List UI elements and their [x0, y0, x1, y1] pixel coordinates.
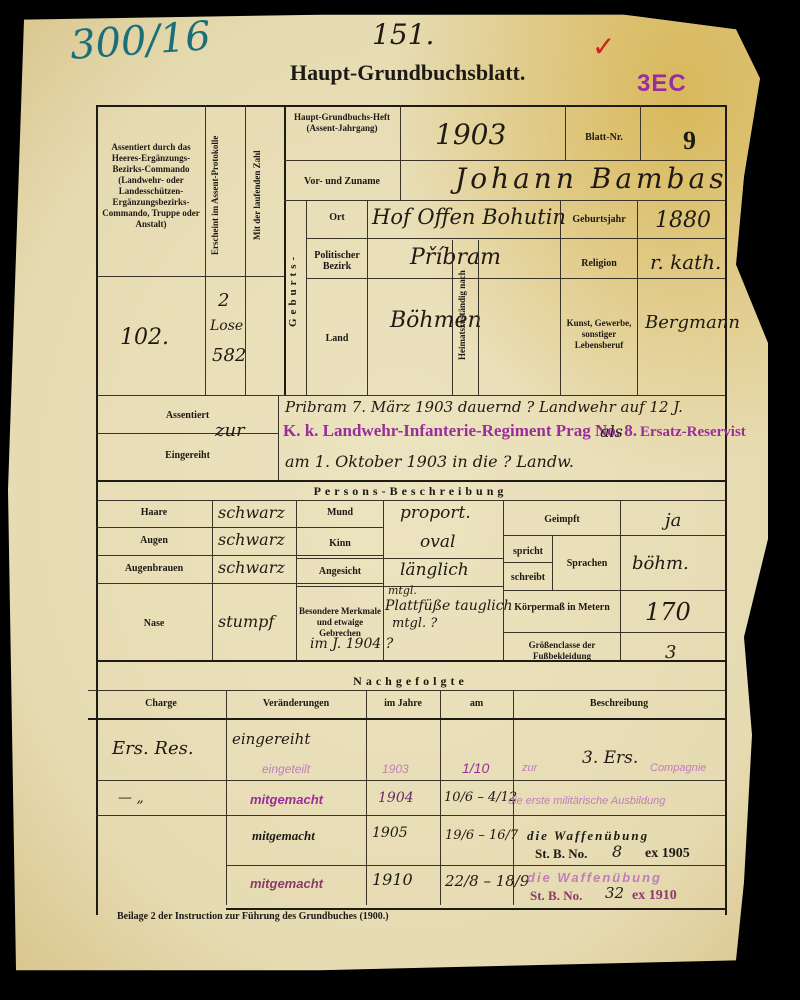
religion-label: Religion	[562, 258, 636, 269]
augenbrauen-label: Augenbrauen	[98, 563, 210, 574]
religion-value: r. kath.	[650, 250, 721, 274]
augen-label: Augen	[98, 535, 210, 546]
merkmale-value-4: im J. 1904 ?	[310, 636, 393, 652]
protokoll-value-2: Lose	[210, 318, 243, 334]
row3-desc2-prefix: St. B. No.	[535, 846, 587, 862]
haare-value: schwarz	[218, 503, 285, 522]
row1-change-hand: eingereiht	[232, 730, 310, 748]
header-description: Beschreibung	[513, 698, 725, 709]
geburtsjahr-label: Geburtsjahr	[562, 214, 636, 225]
row4-desc2-year: ex 1910	[632, 888, 677, 904]
row1-charge: Ers. Res.	[112, 738, 194, 759]
row3-year: 1905	[372, 825, 408, 841]
row4-desc: die Waffenübung	[527, 870, 662, 885]
enlist-stamp2: Ersatz-Reservist	[640, 424, 746, 441]
heft-label: Haupt-Grundbuchs-Heft (Assent-Jahrgang)	[288, 112, 396, 134]
enlist-stamp: K. k. Landwehr-Infanterie-Regiment Prag …	[283, 421, 637, 441]
merkmale-value-2: Plattfüße tauglich	[385, 598, 513, 614]
row3-desc2-num: 8	[612, 842, 622, 861]
sprachen-value: böhm.	[632, 553, 689, 574]
row3-desc2-year: ex 1905	[645, 846, 690, 862]
nase-value: stumpf	[218, 612, 274, 631]
row4-year: 1910	[372, 870, 413, 889]
nase-label: Nase	[98, 618, 210, 629]
kinn-label: Kinn	[298, 538, 382, 549]
check-mark-icon: ✓	[592, 30, 615, 63]
koerpermass-value: 170	[645, 598, 691, 626]
heft-value: 1903	[435, 118, 506, 151]
angesicht-value: länglich	[400, 560, 469, 580]
augenbrauen-value: schwarz	[218, 558, 285, 577]
row1-desc-suffix: Compagnie	[650, 762, 706, 774]
description-title: Persons-Beschreibung	[96, 486, 725, 497]
row2-charge: — „	[118, 790, 144, 806]
augen-value: schwarz	[218, 530, 285, 549]
row1-change: eingeteilt	[262, 762, 310, 776]
blatt-value: 9	[683, 126, 696, 156]
header-date: am	[440, 698, 513, 709]
row4-date: 22/8 – 18/9	[445, 872, 529, 890]
haare-label: Haare	[98, 507, 210, 518]
heimat-label: Heimatszuständig nach	[457, 250, 468, 380]
merkmale-value-1: mtgl.	[388, 584, 417, 597]
geimpft-label: Geimpft	[505, 514, 619, 525]
row4-change: mitgemacht	[250, 876, 323, 891]
ort-label: Ort	[308, 212, 366, 223]
protokoll-value-3: 582	[212, 345, 246, 366]
beruf-value: Bergmann	[645, 312, 740, 333]
header-year: im Jahre	[366, 698, 440, 709]
sheet-number: 151.	[372, 18, 434, 51]
land-label: Land	[308, 333, 366, 344]
bezirk-value: Příbram	[410, 245, 501, 270]
header-charge: Charge	[96, 698, 226, 709]
followed-title: Nachgefolgte	[96, 676, 725, 687]
enlist-als: als	[600, 422, 623, 441]
laufende-zahl-label: Mit der laufenden Zahl	[252, 120, 263, 270]
spricht-label: spricht	[505, 546, 551, 557]
header-changes: Veränderungen	[226, 698, 366, 709]
protokoll-value-1: 2	[218, 290, 229, 311]
koerpermass-label: Körpermaß in Metern	[505, 602, 619, 613]
row4-desc2-num: 32	[605, 884, 624, 902]
mund-label: Mund	[298, 507, 382, 518]
geimpft-value: ja	[665, 510, 681, 531]
enlist-line2: am 1. Oktober 1903 in die ? Landw.	[285, 452, 574, 471]
enlist-line1: Pribram 7. März 1903 dauernd ? Landwehr …	[285, 398, 683, 416]
row3-change: mitgemacht	[252, 828, 315, 844]
sprachen-label: Sprachen	[555, 558, 619, 569]
assentiert-by-value: 102.	[120, 325, 169, 350]
enlist-eingereiht-label: Eingereiht	[100, 450, 275, 461]
geburts-label: Geburts-	[288, 240, 299, 340]
merkmale-value-3: mtgl. ?	[392, 616, 437, 631]
row2-year: 1904	[378, 790, 414, 806]
row3-date: 19/6 – 16/7	[445, 828, 518, 843]
stamp-code: 3EC	[637, 70, 687, 98]
protokoll-label: Erscheint im Assent-Protokolle	[210, 120, 221, 270]
row2-change: mitgemacht	[250, 792, 323, 807]
row1-year: 1903	[382, 762, 409, 776]
enlist-marker: zur	[215, 420, 245, 441]
footer-note: Beilage 2 der Instruction zur Führung de…	[117, 911, 389, 922]
mund-value: proport.	[400, 503, 471, 523]
assentiert-by-label: Assentiert durch das Heeres-Ergänzungs-B…	[100, 142, 202, 230]
schreibt-label: schreibt	[505, 572, 551, 583]
merkmale-label: Besondere Merkmale und etwaige Gebrechen	[298, 606, 382, 639]
name-value: Johann Bambas	[455, 162, 728, 195]
angesicht-label: Angesicht	[298, 566, 382, 577]
row1-desc-hand: 3. Ers.	[582, 748, 638, 768]
row1-date: 1/10	[462, 760, 489, 776]
row1-desc-prefix: zur	[522, 762, 537, 774]
schuh-label: Größenclasse der Fußbekleidung	[505, 640, 619, 662]
row2-date: 10/6 – 4/12	[444, 790, 517, 805]
archive-number: 300/16	[69, 13, 213, 69]
row4-desc2-prefix: St. B. No.	[530, 888, 582, 904]
kinn-value: oval	[420, 532, 455, 552]
row2-desc: die erste militärische Ausbildung	[508, 795, 665, 807]
ort-value: Hof Offen Bohutin	[372, 205, 566, 229]
blatt-label: Blatt-Nr.	[568, 132, 640, 143]
bezirk-label: Politischer Bezirk	[308, 250, 366, 272]
page-title: Haupt-Grundbuchsblatt.	[290, 60, 525, 86]
enlist-assentiert-label: Assentiert	[100, 410, 275, 421]
name-label: Vor- und Zuname	[288, 176, 396, 187]
beruf-label: Kunst, Gewerbe, sonstiger Lebensberuf	[562, 318, 636, 351]
row3-desc: die Waffenübung	[527, 828, 649, 844]
geburtsjahr-value: 1880	[655, 208, 711, 233]
